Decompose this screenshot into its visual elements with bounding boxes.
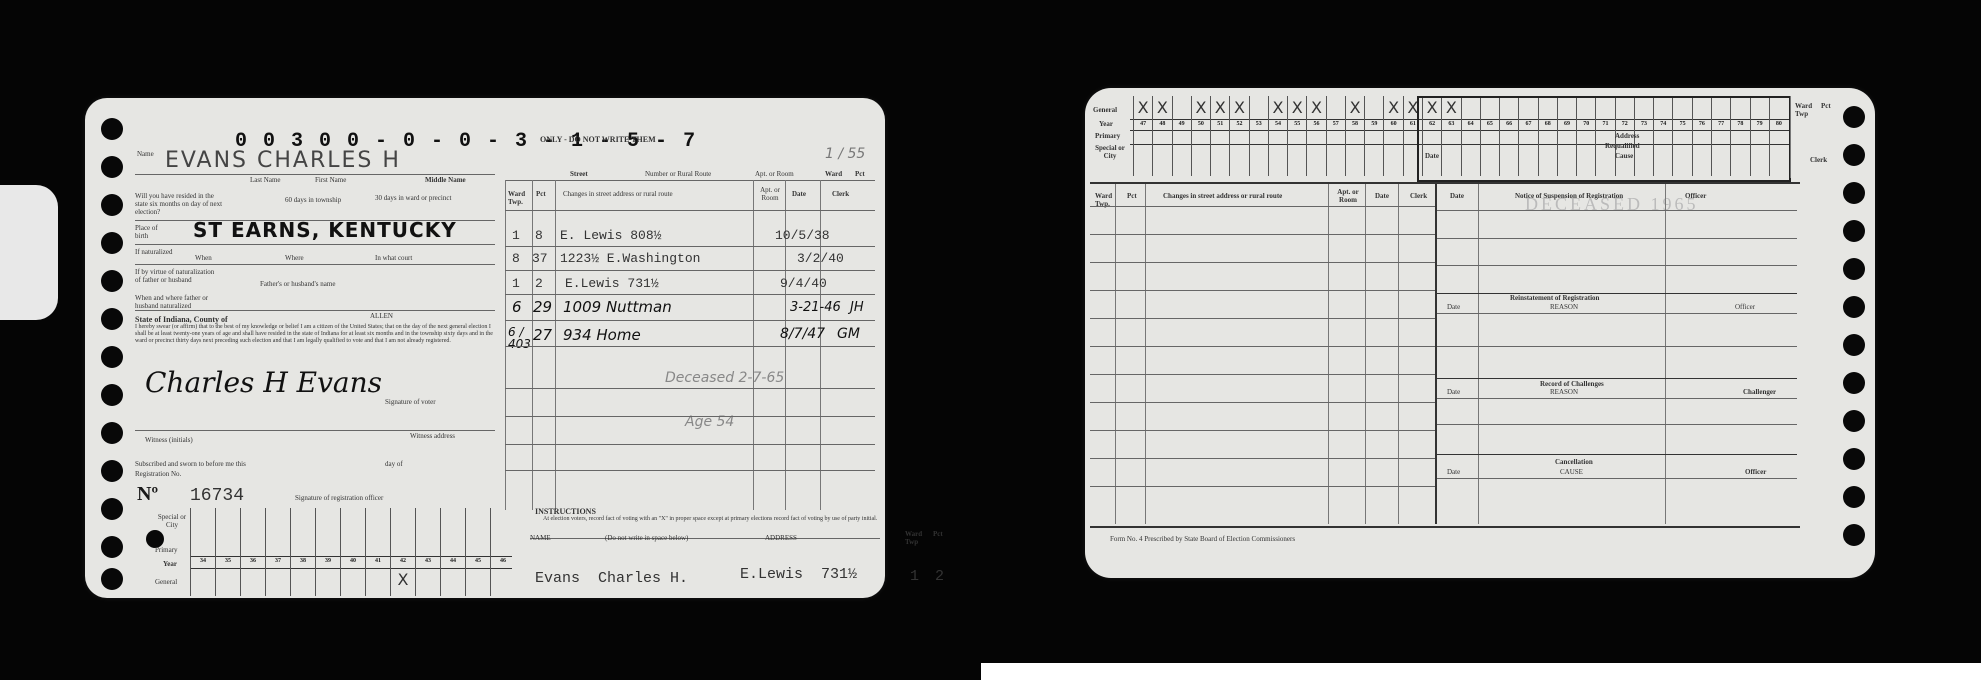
year-column: 35 (215, 508, 240, 596)
year-label: 57 (1327, 121, 1345, 127)
year-column: 42X (390, 508, 415, 596)
grid-label-primary: Primary (155, 546, 178, 554)
grid-label-year: Year (1099, 120, 1113, 128)
day-of-label: day of (385, 460, 403, 468)
registration-no-label: Registration No. (135, 470, 181, 478)
residence-question: Will you have resided in the state six m… (135, 192, 225, 216)
father-name-label: Father's or husband's name (260, 280, 335, 288)
vote-mark: X (1134, 98, 1152, 117)
grid-label-special: Special or City (157, 513, 187, 529)
changes-header-ward: Ward Twp. (508, 190, 530, 206)
pct-label: Pct (1821, 102, 1831, 110)
year-column: 44 (440, 508, 465, 596)
stub-name: Evans Charles H. (535, 570, 688, 587)
year-label: 54 (1269, 121, 1287, 127)
grid-label-general: General (155, 578, 177, 586)
ward-twp-label: Ward Twp (1795, 102, 1815, 118)
header-pct: Pct (1127, 192, 1137, 200)
vote-mark: X (1269, 98, 1287, 117)
year-column: 52X (1229, 96, 1248, 176)
header-apt: Apt. or Room (1333, 188, 1363, 204)
year-label: 60 (1384, 121, 1402, 127)
stub-address: E.Lewis 731½ (740, 566, 857, 583)
pct-label: Pct (855, 170, 865, 178)
county-value: ALLEN (370, 312, 393, 320)
subscribed-label: Subscribed and sworn to before me this (135, 460, 246, 468)
vote-mark: X (1230, 98, 1248, 117)
state-county-label: State of Indiana, County of (135, 316, 228, 324)
header-date: Date (1375, 192, 1389, 200)
year-label: 41 (366, 558, 390, 564)
vote-mark: X (1288, 98, 1306, 117)
challenges-challenger-header: Challenger (1743, 388, 1776, 396)
when-label: When (195, 254, 212, 262)
vote-mark: X (1153, 98, 1171, 117)
grid-label-year: Year (163, 560, 177, 568)
year-label: 59 (1365, 121, 1383, 127)
year-column: 39 (315, 508, 340, 596)
year-label: 39 (316, 558, 340, 564)
year-column: 36 (240, 508, 265, 596)
stub-pct-label: Pct (933, 530, 943, 538)
header-clerk: Clerk (1410, 192, 1427, 200)
year-column: 34 (190, 508, 215, 596)
cancellation-title: Cancellation (1555, 458, 1593, 466)
challenges-title: Record of Challenges (1540, 380, 1604, 388)
year-column: 41 (365, 508, 390, 596)
form-footer: Form No. 4 Prescribed by State Board of … (1110, 535, 1295, 543)
stub-address-label: ADDRESS (765, 534, 797, 542)
street-label: Street (570, 170, 588, 178)
voter-name: EVANS CHARLES H (165, 148, 401, 173)
stub-ward-label: Ward Twp (905, 530, 925, 546)
number-prefix: Nº (137, 483, 158, 506)
year-label: 46 (491, 558, 515, 564)
registrar-signature-label: Signature of registration officer (295, 494, 383, 502)
vote-mark: X (1211, 98, 1229, 117)
naturalized-label: If naturalized (135, 248, 173, 256)
ward-label: Ward (825, 170, 842, 178)
challenges-date-header: Date (1447, 388, 1460, 396)
year-column: 45 (465, 508, 490, 596)
voter-registration-card-back: General Year Primary Special or City 47X… (1085, 88, 1875, 578)
vote-mark: X (1384, 98, 1402, 117)
witness-address-label: Witness address (410, 432, 455, 440)
year-label: 56 (1307, 121, 1325, 127)
year-label: 38 (291, 558, 315, 564)
changes-header-clerk: Clerk (832, 190, 849, 198)
middle-name-label: Middle Name (425, 176, 466, 184)
ward-days-label: 30 days in ward or precinct (375, 194, 455, 202)
year-column: 38 (290, 508, 315, 596)
instructions-text: At election voters, record fact of votin… (543, 516, 913, 523)
front-year-columns: 343536373839404142X43444546 (190, 508, 515, 596)
vote-mark: X (1346, 98, 1364, 117)
year-label: 36 (241, 558, 265, 564)
address-inner-label: Address (1615, 132, 1639, 140)
top-ward-pct: 1 / 55 (825, 146, 865, 162)
name-label: Name (137, 150, 154, 158)
year-label: 44 (441, 558, 465, 564)
year-column: 59 (1364, 96, 1383, 176)
year-column: 43 (415, 508, 440, 596)
date-inner-label: Date (1425, 152, 1439, 160)
cancellation-officer-header: Officer (1745, 468, 1766, 476)
year-column: 48X (1152, 96, 1171, 176)
father-naturalization-label: If by virtue of naturalization of father… (135, 268, 215, 284)
reinstatement-date-header: Date (1447, 303, 1460, 311)
year-label: 35 (216, 558, 240, 564)
changes-header-date: Date (792, 190, 806, 198)
reinstatement-reason-header: REASON (1550, 303, 1578, 311)
year-column: 49 (1172, 96, 1191, 176)
changes-header-apt: Apt. or Room (757, 186, 783, 202)
white-overlay-bar (981, 663, 1981, 680)
number-label: Number or Rural Route (645, 170, 711, 178)
year-column: 55X (1287, 96, 1306, 176)
birth-place-value: ST EARNS, KENTUCKY (193, 218, 457, 242)
year-label: 48 (1153, 121, 1171, 127)
first-name-label: First Name (315, 176, 346, 184)
stub-note-label: (Do not write in space below) (605, 534, 688, 542)
year-label: 34 (191, 558, 215, 564)
court-label: In what court (375, 254, 412, 262)
year-label: 40 (341, 558, 365, 564)
year-label: 55 (1288, 121, 1306, 127)
clerk-label: Clerk (1810, 156, 1827, 164)
year-column: 50X (1191, 96, 1210, 176)
header-address: Changes in street address or rural route (1163, 192, 1282, 200)
year-label: 50 (1192, 121, 1210, 127)
recent-years-box (1417, 96, 1791, 182)
year-column: 56X (1306, 96, 1325, 176)
year-column: 40 (340, 508, 365, 596)
cause-label: Cause (1615, 152, 1633, 160)
year-label: 52 (1230, 121, 1248, 127)
requalified-label: Requalified (1605, 142, 1640, 150)
where-label: Where (285, 254, 304, 262)
changes-header-pct: Pct (536, 190, 546, 198)
vote-mark: X (1192, 98, 1210, 117)
suspension-date-header: Date (1450, 192, 1464, 200)
challenges-reason-header: REASON (1550, 388, 1578, 396)
grid-label-primary: Primary (1095, 132, 1120, 140)
year-label: 42 (391, 558, 415, 564)
changes-header-address: Changes in street address or rural route (563, 190, 673, 198)
witness-initials-label: Witness (initials) (145, 436, 193, 444)
year-column: 60X (1383, 96, 1402, 176)
cancellation-cause-header: CAUSE (1560, 468, 1583, 476)
year-column: 58X (1345, 96, 1364, 176)
apt-label: Apt. or Room (755, 170, 794, 178)
when-where-label: When and where father or husband natural… (135, 294, 225, 310)
year-label: 51 (1211, 121, 1229, 127)
year-column: 54X (1268, 96, 1287, 176)
partial-card-edge (0, 185, 58, 320)
year-label: 43 (416, 558, 440, 564)
year-column: 46 (490, 508, 515, 596)
last-name-label: Last Name (250, 176, 281, 184)
registration-number: 16734 (190, 486, 244, 506)
township-days-label: 60 days in township (285, 196, 345, 204)
year-label: 47 (1134, 121, 1152, 127)
grid-label-special: Special or City (1095, 144, 1125, 160)
year-column: 51X (1210, 96, 1229, 176)
year-label: 45 (466, 558, 490, 564)
vote-mark: X (391, 570, 415, 589)
grid-label-general: General (1093, 106, 1117, 114)
year-label: 37 (266, 558, 290, 564)
reinstatement-title: Reinstatement of Registration (1510, 294, 1599, 302)
voter-registration-card-front: 0 0 3 0 0 - 0 - 0 - 3 - 1 - 5 - 7 ONLY -… (85, 98, 885, 598)
header-note: ONLY - DO NOT WRITE THEM (540, 136, 656, 144)
cancellation-date-header: Date (1447, 468, 1460, 476)
reinstatement-officer-header: Officer (1735, 303, 1755, 311)
year-column: 57 (1326, 96, 1345, 176)
voter-signature: Charles H Evans (145, 366, 382, 399)
signature-label: Signature of voter (385, 398, 436, 406)
instructions-title: INSTRUCTIONS (535, 508, 596, 516)
year-column: 53 (1249, 96, 1268, 176)
stub-pct: 2 (935, 568, 944, 585)
stub-ward: 1 (910, 568, 919, 585)
stub-name-label: NAME (530, 534, 551, 542)
deceased-stamp: DECEASED 1965 (1525, 194, 1699, 215)
year-column: 37 (265, 508, 290, 596)
vote-mark: X (1307, 98, 1325, 117)
year-label: 49 (1173, 121, 1191, 127)
year-label: 53 (1250, 121, 1268, 127)
year-label: 58 (1346, 121, 1364, 127)
birth-place-label: Place of birth (135, 224, 165, 240)
year-column: 47X (1133, 96, 1152, 176)
oath-text: I hereby swear (or affirm) that to the b… (135, 324, 495, 345)
